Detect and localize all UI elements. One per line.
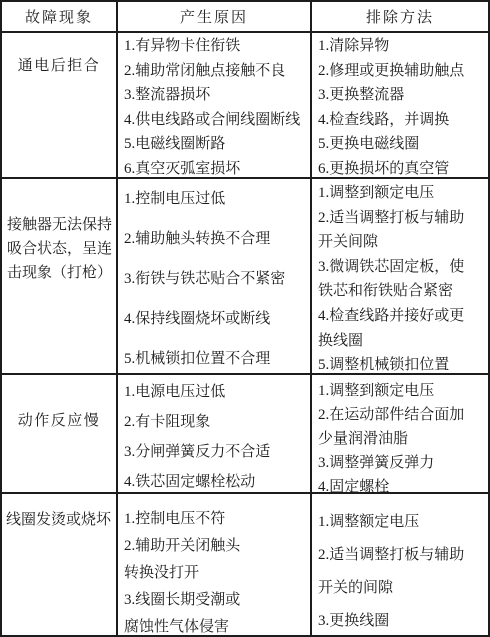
- remedies-cell-row2: 1.调整到额定电压 2.适当调整打板与辅助开关间隙 3.微调铁芯固定板，使铁芯和…: [312, 179, 488, 375]
- causes-cell-row4: 1.控制电压不符 2.辅助开关闭触头转换没打开 3.线圈长期受潮或腐蚀性气体侵害: [118, 494, 312, 635]
- troubleshooting-table: 故障现象 产生原因 排除方法 通电后拒合 1.有异物卡住衔铁 2.辅助常闭触点接…: [0, 0, 490, 637]
- remedy-item: 1.调整到额定电压: [318, 181, 472, 206]
- remedy-item: 1.调整额定电压: [318, 506, 472, 539]
- causes-cell-row2: 1.控制电压过低 2.辅助触头转换不合理 3.衔铁与铁芯贴合不紧密 4.保持线圈…: [118, 179, 312, 375]
- remedy-item: 2.在运动部件结合面加少量润滑油脂: [318, 403, 472, 451]
- remedy-item: 4.固定螺栓: [318, 475, 472, 494]
- fault-cell-row4: 线圈发烫或烧坏: [2, 494, 118, 635]
- fault-cell-row1: 通电后拒合: [2, 33, 118, 179]
- header-remedy: 排除方法: [312, 2, 488, 33]
- remedy-item: 2.修理或更换辅助触点: [318, 59, 472, 84]
- scanned-document-page: 故障现象 产生原因 排除方法 通电后拒合 1.有异物卡住衔铁 2.辅助常闭触点接…: [0, 0, 490, 637]
- cause-item: 3.线圈长期受潮或腐蚀性气体侵害: [124, 587, 249, 635]
- causes-cell-row3: 1.电源电压过低 2.有卡阻现象 3.分闸弹簧反力不合适 4.铁芯固定螺栓松动: [118, 375, 312, 494]
- cause-item: 2.有卡阻现象: [124, 407, 304, 437]
- cause-item: 2.辅助常闭触点接触不良: [124, 59, 304, 84]
- cause-item: 1.有异物卡住衔铁: [124, 34, 304, 59]
- remedy-item: 4.检查线路，并调换: [318, 108, 472, 133]
- remedies-cell-row3: 1.调整到额定电压 2.在运动部件结合面加少量润滑油脂 3.调整弹簧反弹力 4.…: [312, 375, 488, 494]
- header-fault-phenomenon: 故障现象: [2, 2, 118, 33]
- remedy-item: 6.更换损坏的真空管: [318, 157, 472, 180]
- cause-item: 1.控制电压不符: [124, 506, 249, 533]
- remedy-item: 3.微调铁芯固定板，使铁芯和衔铁贴合紧密: [318, 255, 472, 304]
- remedy-item: 2.适当调整打板与辅助开关的间隙: [318, 539, 472, 605]
- remedy-item: 5.调整机械锁扣位置: [318, 353, 472, 375]
- remedy-item: 5.更换电磁线圈: [318, 132, 472, 157]
- cause-item: 6.真空灭弧室损坏: [124, 157, 304, 180]
- remedy-item: 4.检查线路并接好或更换线圈: [318, 304, 472, 353]
- cause-item: 3.衔铁与铁芯贴合不紧密: [124, 259, 304, 299]
- cause-item: 4.保持线圈烧坏或断线: [124, 299, 304, 339]
- remedy-item: 3.更换线圈: [318, 605, 472, 635]
- fault-cell-row2: 接触器无法保持吸合状态，呈连击现象（打枪）: [2, 179, 118, 375]
- cause-item: 3.分闸弹簧反力不合适: [124, 437, 304, 467]
- remedy-item: 3.调整弹簧反弹力: [318, 451, 472, 475]
- remedy-item: 1.清除异物: [318, 34, 472, 59]
- header-cause: 产生原因: [118, 2, 312, 33]
- cause-item: 2.辅助开关闭触头转换没打开: [124, 533, 249, 587]
- remedy-item: 1.调整到额定电压: [318, 379, 472, 403]
- remedies-cell-row1: 1.清除异物 2.修理或更换辅助触点 3.更换整流器 4.检查线路，并调换 5.…: [312, 33, 488, 179]
- cause-item: 3.整流器损坏: [124, 83, 304, 108]
- cause-item: 1.电源电压过低: [124, 377, 304, 407]
- cause-item: 5.电磁线圈断路: [124, 132, 304, 157]
- cause-item: 2.辅助触头转换不合理: [124, 219, 304, 259]
- causes-cell-row1: 1.有异物卡住衔铁 2.辅助常闭触点接触不良 3.整流器损坏 4.供电线路或合闸…: [118, 33, 312, 179]
- remedies-cell-row4: 1.调整额定电压 2.适当调整打板与辅助开关的间隙 3.更换线圈: [312, 494, 488, 635]
- cause-item: 4.供电线路或合闸线圈断线: [124, 108, 304, 133]
- remedy-item: 3.更换整流器: [318, 83, 472, 108]
- cause-item: 5.机械锁扣位置不合理: [124, 339, 304, 375]
- fault-cell-row3: 动作反应慢: [2, 375, 118, 494]
- cause-item: 4.铁芯固定螺栓松动: [124, 467, 304, 494]
- cause-item: 1.控制电压过低: [124, 179, 304, 219]
- remedy-item: 2.适当调整打板与辅助开关间隙: [318, 206, 472, 255]
